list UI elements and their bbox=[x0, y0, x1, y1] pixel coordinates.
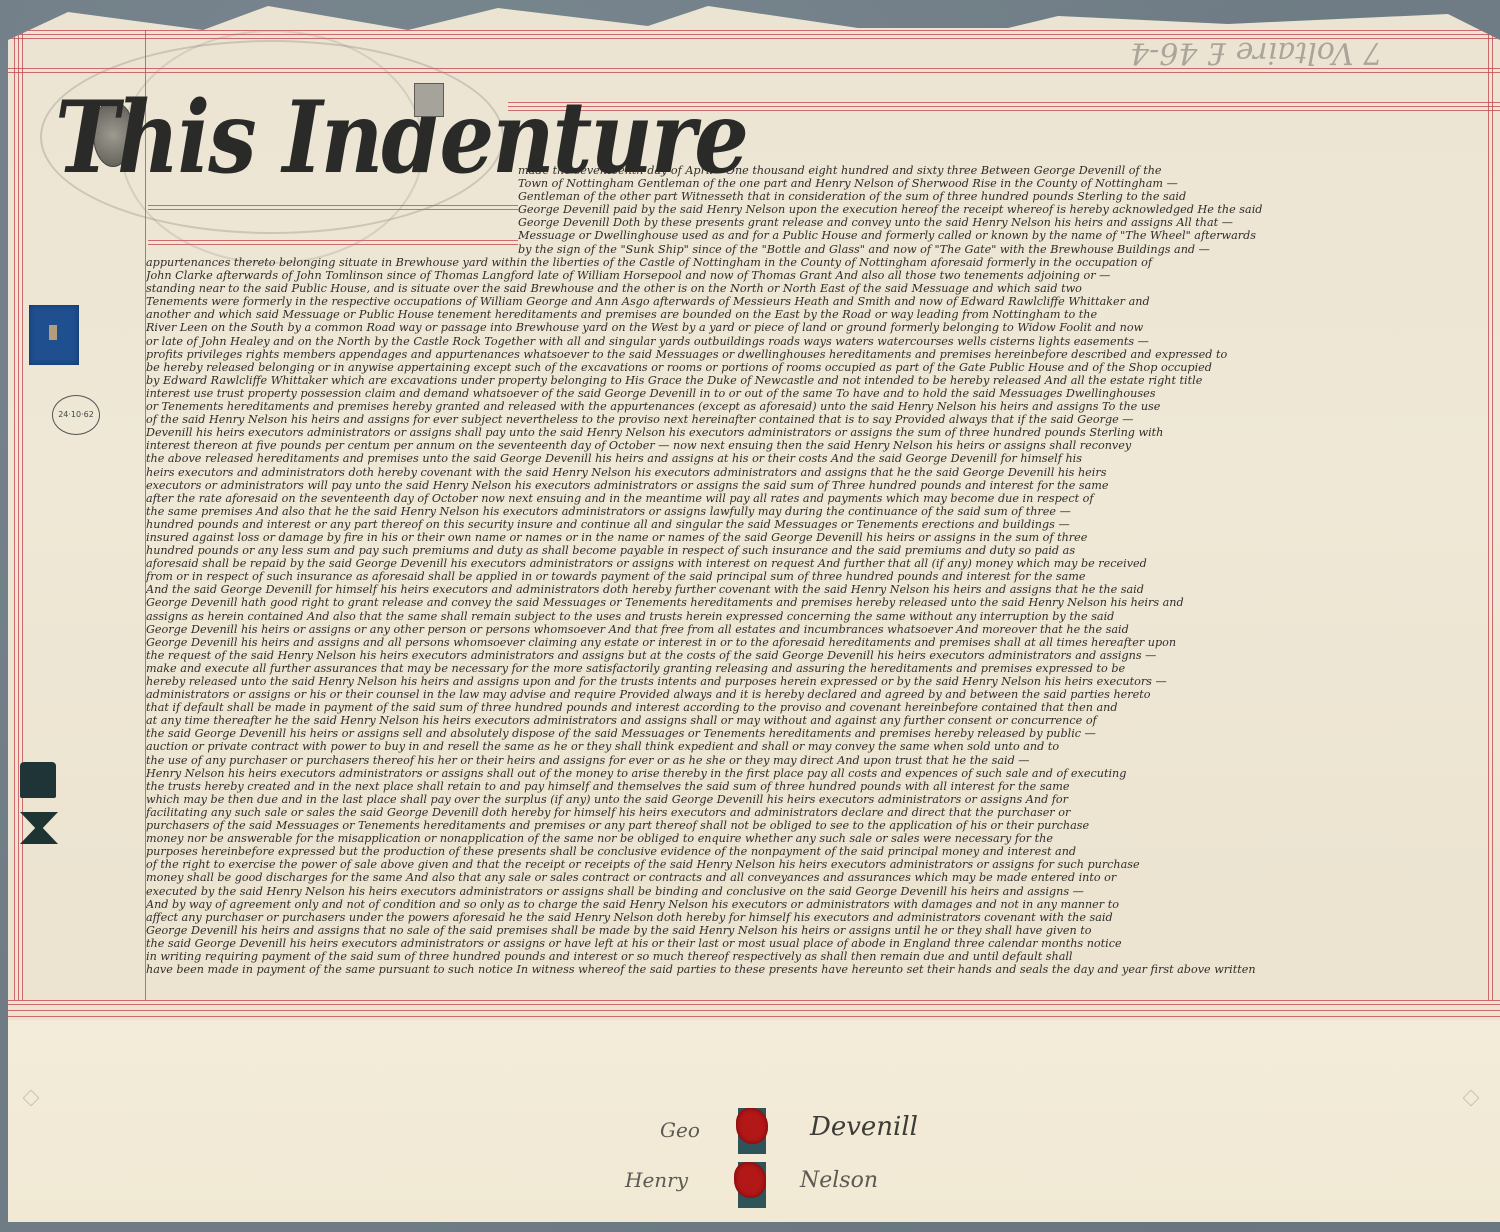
signature-first-name: Henry bbox=[625, 1168, 688, 1192]
wax-seal-devenill bbox=[736, 1108, 768, 1144]
signature-surname: Devenill bbox=[810, 1112, 918, 1142]
indenture-body-text: appurtenances thereto belonging situate … bbox=[146, 256, 1482, 976]
blue-revenue-stamp bbox=[29, 305, 79, 365]
postmark-stamp: 24·10·62 bbox=[52, 395, 100, 435]
wax-seal-nelson bbox=[734, 1162, 766, 1198]
signature-first-name: Geo bbox=[660, 1118, 700, 1142]
signature-surname: Nelson bbox=[800, 1168, 878, 1193]
pencil-annotation: 7 Voltaire £ 46-4 bbox=[1130, 35, 1382, 70]
ribbon-tag bbox=[20, 762, 56, 798]
embossed-duty-stamp bbox=[414, 83, 444, 117]
indenture-intro-text: made the seventeenth day of April – One … bbox=[518, 164, 1468, 256]
